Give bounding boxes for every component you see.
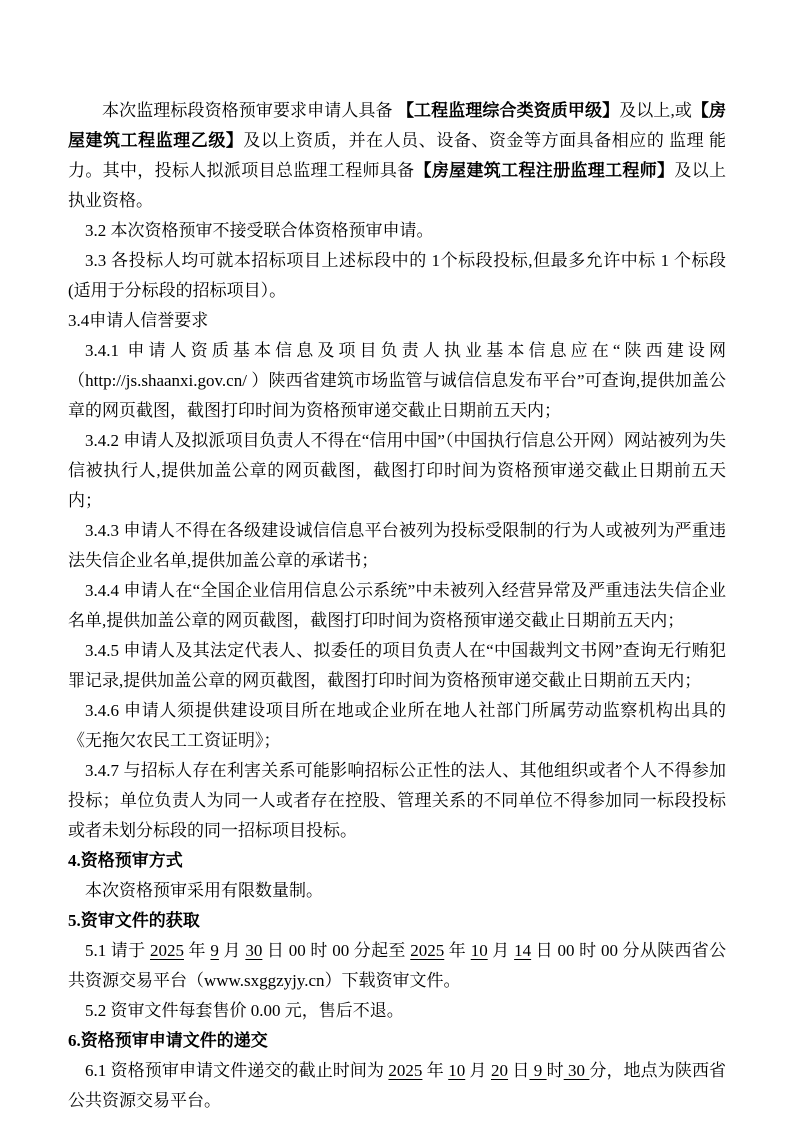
- text-segment: 5.2 资审文件每套售价 0.00 元，售后不退。: [85, 1001, 404, 1020]
- clause-3-4-6-wage-certificate: 3.4.6 申请人须提供建设项目所在地或企业所在地人社部门所属劳动监察机构出具的…: [68, 696, 726, 756]
- text-segment: 3.4.7 与招标人存在利害关系可能影响招标公正性的法人、其他组织或者个人不得参…: [68, 761, 726, 840]
- text-segment: ）下载资审文件。: [325, 971, 461, 990]
- document-page: 本次监理标段资格预审要求申请人具备 【工程监理综合类资质甲级】及以上,或【房屋建…: [0, 0, 792, 1121]
- text-segment: 及以上,或: [619, 101, 692, 120]
- url-shaanxi-construction-site: http://js.shaanxi.gov.cn/: [85, 371, 247, 390]
- text-segment: 时: [547, 1061, 564, 1080]
- deadline-year: 2025: [388, 1061, 422, 1080]
- text-segment: 5.1 请于: [85, 941, 150, 960]
- section-4-heading: 4.资格预审方式: [68, 846, 726, 876]
- text-segment: 3.4.3 申请人不得在各级建设诚信信息平台被列为投标受限制的行为人或被列为严重…: [68, 521, 726, 570]
- section-5-heading: 5.资审文件的获取: [68, 906, 726, 936]
- text-segment: 日: [508, 1061, 529, 1080]
- text-segment: 日 00 时 00 分起至: [262, 941, 410, 960]
- deadline-month: 10: [448, 1061, 465, 1080]
- clause-3-2-no-consortium: 3.2 本次资格预审不接受联合体资格预审申请。: [68, 216, 726, 246]
- download-start-day: 30: [245, 941, 262, 960]
- clause-3-4-credit-requirements-title: 3.4申请人信誉要求: [68, 306, 726, 336]
- text-segment: 4.资格预审方式: [68, 851, 183, 870]
- text-segment: 月: [219, 941, 245, 960]
- deadline-hour: 9: [529, 1061, 546, 1080]
- clause-5-2-document-price: 5.2 资审文件每套售价 0.00 元，售后不退。: [68, 996, 726, 1026]
- clause-6-1-submission-deadline: 6.1 资格预审申请文件递交的截止时间为 2025 年 10 月 20 日 9 …: [68, 1056, 726, 1116]
- text-segment: 年: [184, 941, 210, 960]
- clause-5-1-document-download: 5.1 请于 2025 年 9 月 30 日 00 时 00 分起至 2025 …: [68, 936, 726, 996]
- clause-3-4-4-enterprise-credit-system: 3.4.4 申请人在“全国企业信用信息公示系统”中未被列入经营异常及严重违法失信…: [68, 576, 726, 636]
- url-exchange-platform: www.sxggzyjy.cn: [204, 971, 325, 990]
- text-segment: 5.资审文件的获取: [68, 911, 200, 930]
- clause-3-4-2-credit-china: 3.4.2 申请人及拟派项目负责人不得在“信用中国”（中国执行信息公开网）网站被…: [68, 426, 726, 516]
- clause-3-4-5-judgment-documents: 3.4.5 申请人及其法定代表人、拟委任的项目负责人在“中国裁判文书网”查询无行…: [68, 636, 726, 696]
- clause-3-4-7-conflict-of-interest: 3.4.7 与招标人存在利害关系可能影响招标公正性的法人、其他组织或者个人不得参…: [68, 756, 726, 846]
- text-segment: 年: [422, 1061, 448, 1080]
- text-segment: 3.4.4 申请人在“全国企业信用信息公示系统”中未被列入经营异常及严重违法失信…: [68, 581, 726, 630]
- qualification-chief-engineer: 【房屋建筑工程注册监理工程师】: [415, 161, 675, 180]
- text-segment: 6.资格预审申请文件的递交: [68, 1031, 268, 1050]
- download-start-year: 2025: [150, 941, 184, 960]
- text-segment: 3.2 本次资格预审不接受联合体资格预审申请。: [85, 221, 434, 240]
- section-6-heading: 6.资格预审申请文件的递交: [68, 1026, 726, 1056]
- text-segment: 3.4申请人信誉要求: [68, 311, 208, 330]
- text-segment: 3.3 各投标人均可就本招标项目上述标段中的 1个标段投标,但最多允许中标 1 …: [68, 251, 726, 300]
- clause-3-3-bid-sections: 3.3 各投标人均可就本招标项目上述标段中的 1个标段投标,但最多允许中标 1 …: [68, 246, 726, 306]
- deadline-minute: 30: [564, 1061, 590, 1080]
- download-end-day: 14: [514, 941, 531, 960]
- text-segment: 6.1 资格预审申请文件递交的截止时间为: [85, 1061, 388, 1080]
- qualification-grade-a: 【工程监理综合类资质甲级】: [397, 101, 619, 120]
- text-segment: 月: [488, 941, 514, 960]
- text-segment: 本次监理标段资格预审要求申请人具备: [102, 101, 397, 120]
- clause-3-4-1-basic-info: 3.4.1 申请人资质基本信息及项目负责人执业基本信息应在“陕西建设网（http…: [68, 336, 726, 426]
- text-segment: 3.4.6 申请人须提供建设项目所在地或企业所在地人社部门所属劳动监察机构出具的…: [68, 701, 726, 750]
- text-segment: 年: [444, 941, 470, 960]
- clause-3-1-qualification-requirement: 本次监理标段资格预审要求申请人具备 【工程监理综合类资质甲级】及以上,或【房屋建…: [68, 96, 726, 216]
- clause-3-4-3-platform-restriction: 3.4.3 申请人不得在各级建设诚信信息平台被列为投标受限制的行为人或被列为严重…: [68, 516, 726, 576]
- download-start-month: 9: [210, 941, 219, 960]
- text-segment: 本次资格预审采用有限数量制。: [85, 881, 323, 900]
- download-end-month: 10: [471, 941, 488, 960]
- download-end-year: 2025: [410, 941, 444, 960]
- deadline-day: 20: [491, 1061, 508, 1080]
- text-segment: 3.4.2 申请人及拟派项目负责人不得在“信用中国”（中国执行信息公开网）网站被…: [68, 431, 726, 510]
- text-segment: 月: [465, 1061, 491, 1080]
- clause-4-limited-quantity: 本次资格预审采用有限数量制。: [68, 876, 726, 906]
- text-segment: 3.4.5 申请人及其法定代表人、拟委任的项目负责人在“中国裁判文书网”查询无行…: [68, 641, 726, 690]
